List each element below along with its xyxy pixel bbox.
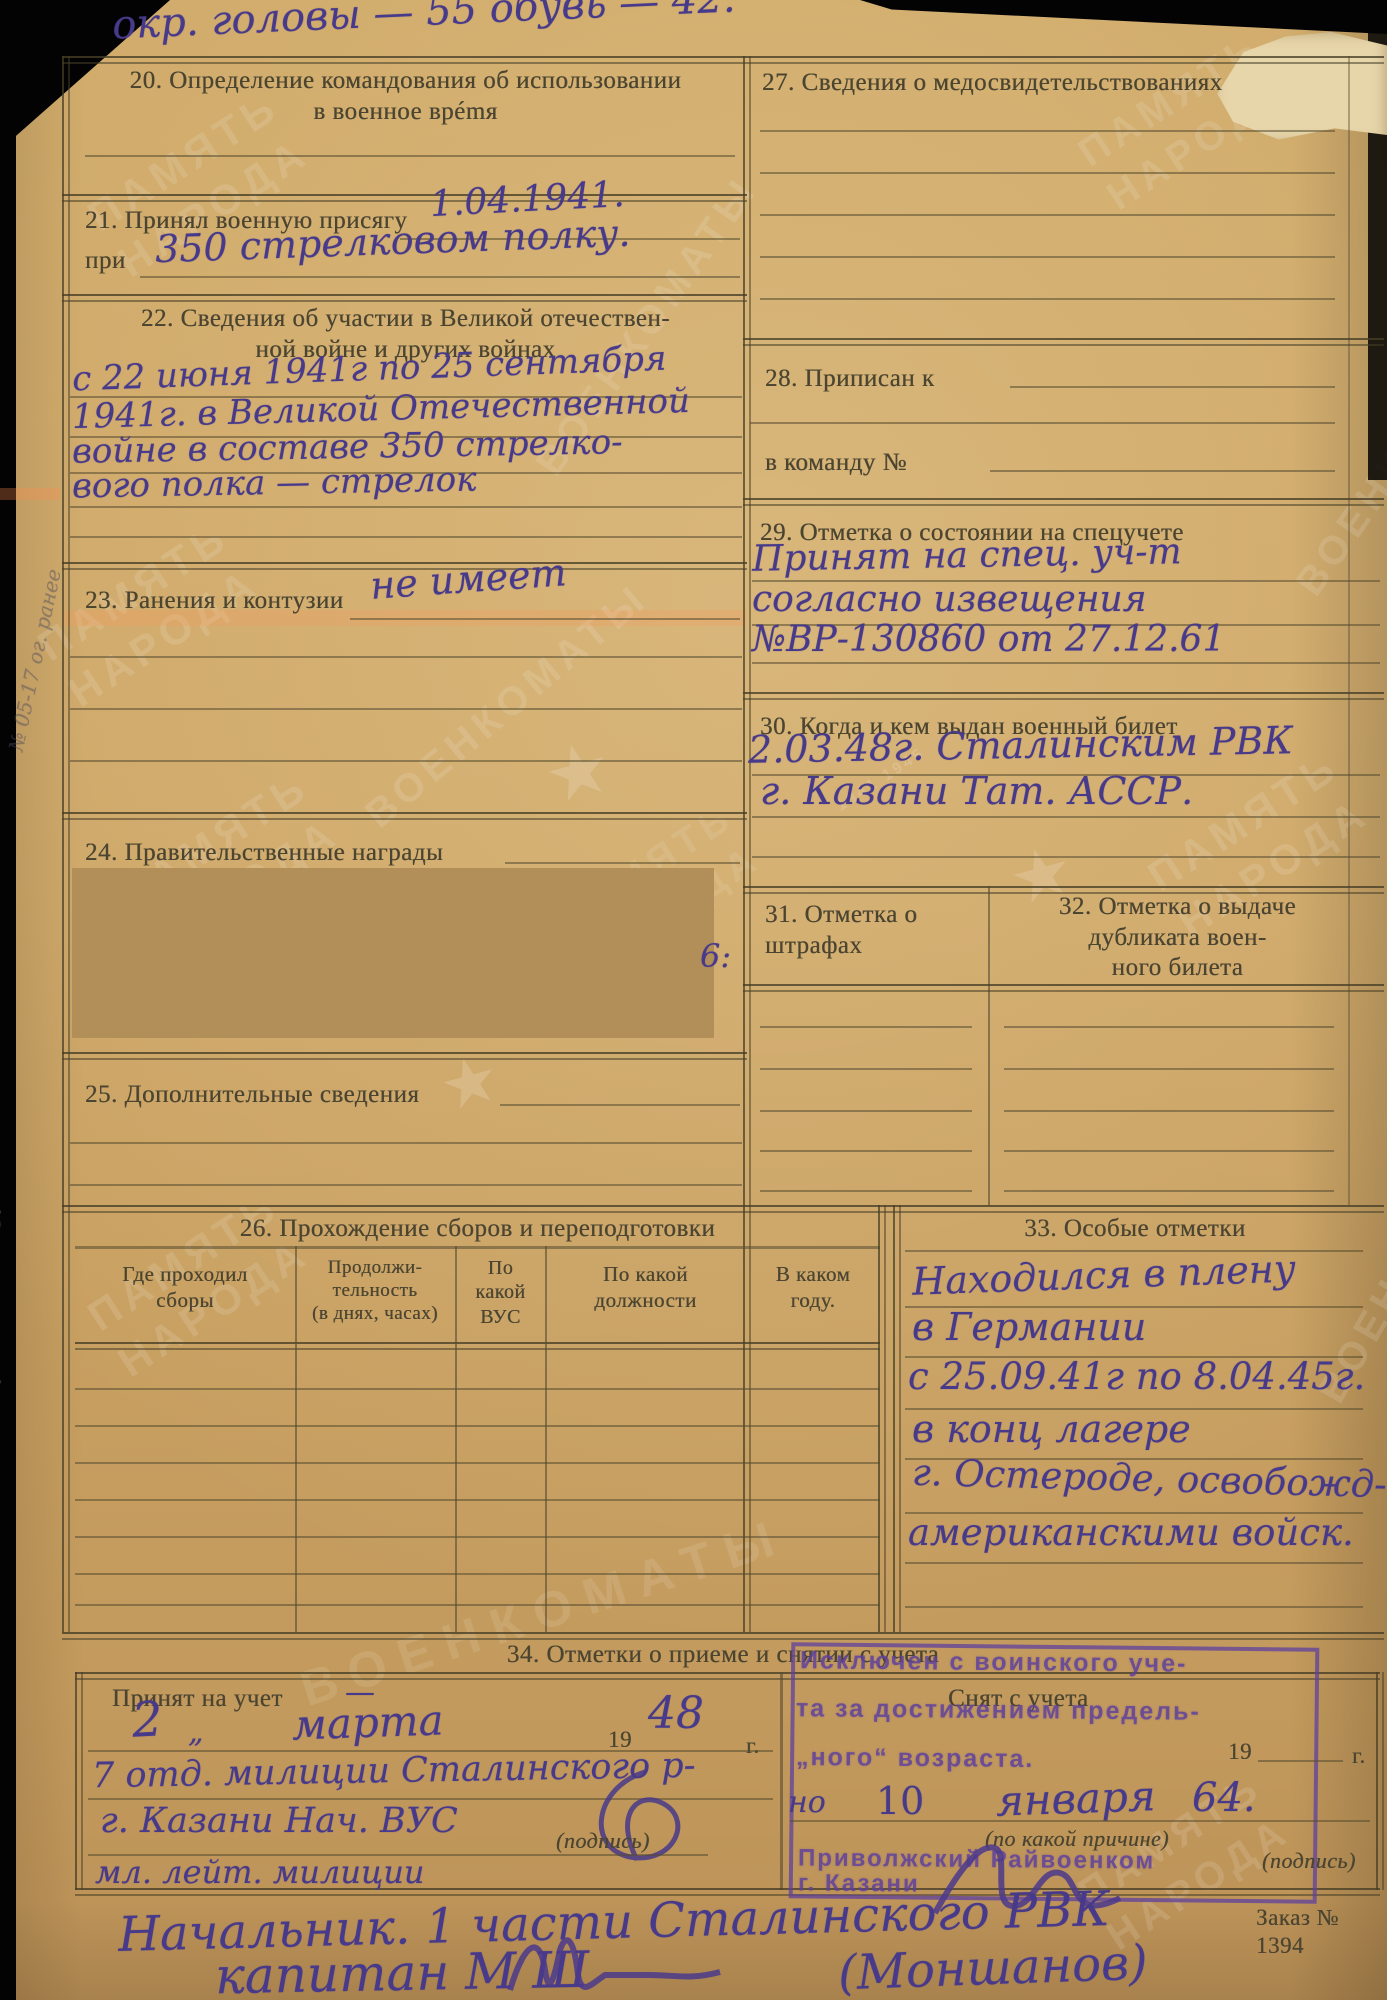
section-separator [743, 338, 1384, 346]
ink-mark: 6: [700, 940, 731, 972]
form-top-border [62, 56, 1384, 64]
removed-signature-label: (подпись) [1262, 1848, 1356, 1875]
ruled-line [760, 1190, 972, 1192]
ruled-line [760, 256, 1335, 258]
table-header-top [75, 1246, 880, 1249]
section-separator [62, 812, 747, 820]
ruled-line [140, 276, 740, 278]
ruled-line [760, 172, 1335, 174]
ruled-line [752, 662, 1380, 664]
stamp-line3: „ного“ возраста. [796, 1745, 1034, 1772]
ruled-line [760, 1026, 972, 1028]
band-separator [62, 1205, 1384, 1213]
ruled-line [905, 1606, 1363, 1608]
section-separator [743, 498, 1384, 506]
special-register-line1: Принят на спец. уч-т [752, 534, 1182, 577]
section-separator [743, 692, 1384, 700]
removed-year-handwritten: 64. [1192, 1778, 1256, 1818]
removed-year-prefix: 19 [1228, 1738, 1252, 1766]
table-row-line [75, 1536, 880, 1538]
ruled-line [752, 816, 1380, 818]
accepted-year-handwritten: 48 [648, 1692, 704, 1736]
ruled-line [1004, 1150, 1334, 1152]
section-32-title: 32. Отметка о выдаче дубликата воен- ног… [1000, 892, 1355, 984]
table-row-line [75, 1604, 880, 1606]
ruled-line [760, 214, 1335, 216]
war-service-line4: вого полка — стрелок [72, 462, 477, 503]
accepted-rank-line: мл. лейт. милиции [95, 1856, 425, 1888]
form-right-border [1348, 56, 1350, 1205]
ruled-line [1004, 1026, 1334, 1028]
top-annotation: окр. головы — 55 обувь — 42. [111, 0, 736, 46]
section-26-title: 26. Прохождение сборов и переподготовки [75, 1214, 880, 1245]
ruled-line [790, 1820, 1370, 1822]
stamp-line1: Исключен с воинского уче- [800, 1648, 1188, 1676]
accepted-quote: „ [188, 1718, 204, 1748]
ruled-line [1258, 1760, 1343, 1762]
ruled-line [760, 130, 1335, 132]
scanned-military-record-page: ПАМЯТЬ НАРОДА ВОЕНКОМАТЫ ПАМЯТЬ НАРОДА В… [0, 0, 1387, 2000]
order-number: Заказ № 1394 [1256, 1904, 1387, 1960]
ruled-line [1010, 386, 1335, 388]
notes-box-left-border [893, 1205, 901, 1632]
table-row-line [75, 1388, 880, 1390]
table-header-bottom [75, 1342, 880, 1350]
special-notes-line3: с 25.09.41г по 8.04.45г. [908, 1358, 1365, 1395]
section-separator [62, 1052, 747, 1060]
col-header-duration: Продолжи- тельность (в днях, часах) [298, 1256, 452, 1326]
table-right-border [878, 1205, 886, 1632]
ruled-line [70, 506, 742, 508]
col-header-vus: По какой ВУС [458, 1256, 543, 1329]
special-notes-line6: американскими войск. [908, 1514, 1354, 1551]
section-23-label: 23. Ранения и контузии [85, 586, 344, 617]
section-21-label2: при [85, 246, 126, 277]
ruled-line [760, 1110, 972, 1112]
removed-year-suffix: г. [1352, 1742, 1366, 1770]
footer-signature-scribble [490, 1930, 790, 2000]
ruled-line [505, 862, 740, 864]
ruled-line [760, 1150, 972, 1152]
table-row-line [75, 1573, 880, 1575]
col-header-position: По какой должности [548, 1262, 743, 1313]
ticket-issue-line1: 2.03.48г. Сталинским РВК [748, 721, 1293, 769]
section-33-title: 33. Особые отметки [905, 1214, 1365, 1245]
ruled-line [760, 298, 1335, 300]
star-watermark-icon: ★ [537, 728, 620, 817]
penalty-duplicate-divider [988, 886, 990, 1205]
box-left-border [75, 1672, 83, 1890]
box-right-border [1376, 1672, 1384, 1890]
col-header-year: В каком году. [748, 1262, 878, 1313]
ruled-line [905, 1562, 1363, 1564]
column-divider [743, 56, 751, 1632]
removed-month-handwritten: января [995, 1775, 1156, 1823]
section-separator [62, 294, 747, 302]
special-notes-line1: Находился в плену [911, 1249, 1296, 1300]
ruled-line [70, 656, 742, 658]
footer-name-line: (Моншанов) [837, 1939, 1148, 1998]
ruled-line [1004, 1068, 1334, 1070]
removed-prefix-handwritten: но [788, 1788, 826, 1818]
ruled-line [1004, 1110, 1334, 1112]
scan-edge-top-right [860, 0, 1387, 34]
table-row-line [75, 1462, 880, 1464]
section-separator [743, 984, 1384, 992]
special-notes-line5: г. Остероде, освобожд- [912, 1454, 1387, 1503]
ruled-line [70, 1184, 742, 1186]
ruled-line [1004, 1190, 1334, 1192]
ruled-line [70, 1142, 742, 1144]
ruled-line [500, 1104, 740, 1106]
accepted-year-suffix: г. [746, 1732, 760, 1760]
ruled-line [70, 708, 742, 710]
accepted-signature-label: (подпись) [556, 1828, 650, 1855]
accepted-month-handwritten: марта [291, 1699, 444, 1746]
scan-edge-left [0, 0, 16, 2000]
ruled-line [85, 155, 735, 157]
section-20-title: 20. Определение командования об использо… [78, 66, 733, 127]
section-separator [62, 194, 747, 202]
removed-day-handwritten: 10 [876, 1782, 924, 1820]
special-register-line3: №ВР-130860 от 27.12.61 [752, 622, 1225, 658]
form-left-border [62, 56, 70, 1632]
ruled-line [70, 760, 742, 762]
ruled-line [750, 422, 1335, 424]
band-separator [62, 1632, 1384, 1640]
ruled-line [350, 618, 740, 620]
ticket-issue-line2: г. Казани Тат. АССР. [760, 772, 1193, 810]
stamp-line2: та за достижением предель- [796, 1696, 1201, 1725]
redaction-block [72, 868, 714, 1038]
special-notes-line2: в Германии [912, 1308, 1146, 1346]
section-28-label2: в команду № [765, 448, 907, 479]
ruled-line [752, 856, 1380, 858]
section-25-label: 25. Дополнительные сведения [85, 1080, 419, 1111]
accepted-city-line: г. Казани Нач. ВУС [100, 1804, 458, 1839]
accepted-day-handwritten: 2 [131, 1695, 164, 1745]
wounds-handwritten: не имеет [369, 553, 568, 605]
table-row-line [75, 1425, 880, 1427]
section-27-title: 27. Сведения о медосвидетельствованиях [762, 68, 1362, 99]
ruled-line [990, 470, 1335, 472]
special-notes-line4: в конц лагере [912, 1410, 1191, 1448]
ruled-line [70, 536, 742, 538]
col-header-where: Где проходил сборы [80, 1262, 290, 1313]
section-31-title: 31. Отметка о штрафах [765, 900, 975, 961]
section-24-label: 24. Правительственные награды [85, 838, 443, 869]
ruled-line [760, 1068, 972, 1070]
section-28-label: 28. Приписан к [765, 364, 934, 395]
accept-remove-divider [780, 1672, 783, 1890]
orange-margin-streak [0, 488, 60, 500]
table-row-line [75, 1499, 880, 1501]
special-register-line2: согласно извещения [752, 582, 1147, 618]
